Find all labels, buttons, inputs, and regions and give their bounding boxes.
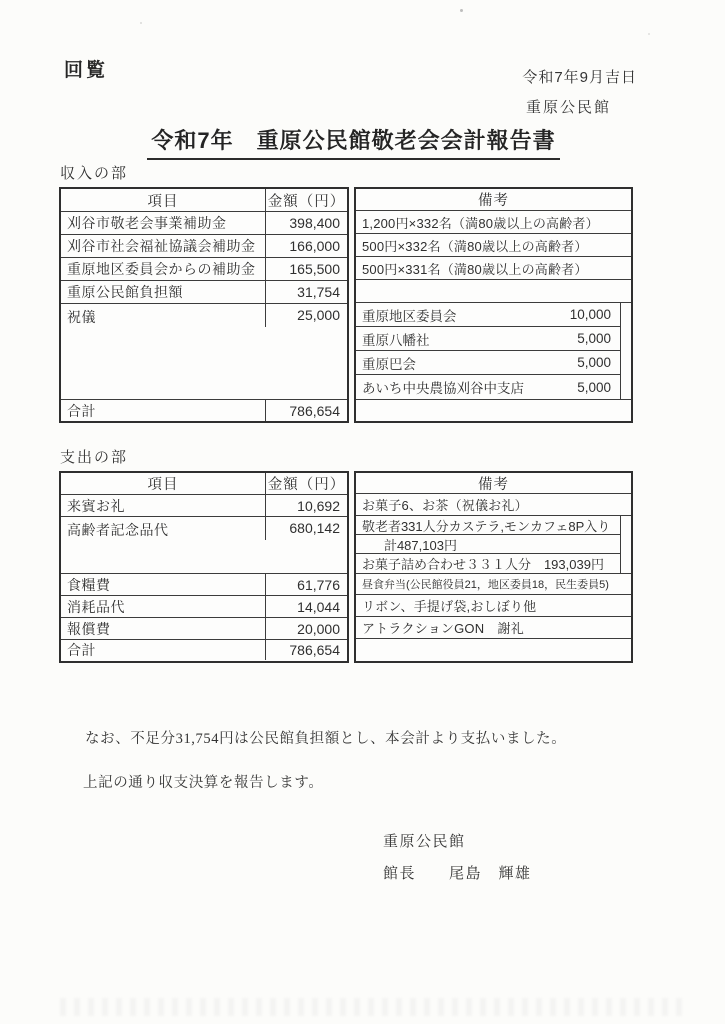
income-header-row: 項目 金額（円）: [61, 189, 347, 211]
gift-amount: 5,000: [577, 331, 611, 346]
table-row: 刈谷市敬老会事業補助金 398,400: [61, 211, 347, 234]
scan-artifact: [140, 22, 142, 24]
amount-cell: 14,044: [266, 596, 347, 617]
table-row: 来賓お礼 10,692: [61, 494, 347, 516]
title-row: 令和7年 重原公民館敬老会会計報告書: [0, 124, 707, 160]
amount-cell: 165,500: [266, 258, 347, 280]
table-row: 重原地区委員会からの補助金 165,500: [61, 257, 347, 280]
gift-donor: あいち中央農協刈谷中支店: [362, 377, 524, 397]
remark-cell: 1,200円×332名（満80歳以上の高齢者）: [356, 211, 631, 234]
remark-cell: 500円×331名（満80歳以上の高齢者）: [356, 257, 631, 280]
document-title: 令和7年 重原公民館敬老会会計報告書: [147, 124, 559, 160]
total-label-cell: 合計: [61, 400, 266, 421]
remark-cell-empty: [356, 639, 631, 661]
amount-cell: 166,000: [266, 235, 347, 257]
memorial-detail-row: お菓子詰め合わせ３３１人分 193,039円: [356, 554, 621, 573]
table-row-memorial: 高齢者記念品代 680,142: [61, 516, 347, 573]
gift-detail-row: あいち中央農協刈谷中支店 5,000: [356, 375, 621, 399]
remark-cell: リボン、手提げ袋,おしぼり他: [356, 595, 631, 617]
gift-detail-row: 重原地区委員会 10,000: [356, 303, 621, 327]
expense-table: 項目 金額（円） 来賓お礼 10,692 高齢者記念品代 680,142 食糧費…: [59, 471, 633, 663]
column-header-amount: 金額（円）: [266, 473, 347, 494]
income-table: 項目 金額（円） 刈谷市敬老会事業補助金 398,400 刈谷市社会福祉協議会補…: [59, 187, 633, 423]
table-row-gift: 祝儀 25,000: [61, 303, 347, 399]
document-header-right: 令和7年9月吉日 重原公民館: [522, 66, 637, 117]
remark-cell: 昼食弁当(公民館役員21，地区委員18，民生委員5): [356, 573, 631, 595]
document-organization: 重原公民館: [522, 96, 637, 117]
expense-remarks-column: 備考 お菓子6、お茶（祝儀お礼） 敬老者331人分カステラ,モンカフェ8P入り …: [354, 471, 633, 663]
deficit-note: なお、不足分31,754円は公民館負担額とし、本会計より支払いました。: [85, 727, 566, 748]
amount-cell: 61,776: [266, 574, 347, 595]
column-header-item: 項目: [61, 473, 266, 494]
income-remarks-column: 備考 1,200円×332名（満80歳以上の高齢者） 500円×332名（満80…: [354, 187, 633, 423]
gift-detail-row: 重原巴会 5,000: [356, 351, 621, 375]
table-row: 報償費 20,000: [61, 617, 347, 639]
closing-note: 上記の通り収支決算を報告します。: [83, 771, 323, 792]
table-row: 食糧費 61,776: [61, 573, 347, 595]
item-cell: 重原公民館負担額: [61, 281, 266, 303]
amount-cell: 25,000: [266, 304, 347, 323]
amount-cell: 20,000: [266, 618, 347, 639]
item-cell: 祝儀: [61, 304, 266, 327]
memorial-detail-row: 敬老者331人分カステラ,モンカフェ8P入り: [356, 516, 621, 535]
remark-cell: 500円×332名（満80歳以上の高齢者）: [356, 234, 631, 257]
scan-artifact: [648, 33, 650, 35]
amount-cell: 31,754: [266, 281, 347, 303]
income-total-row: 合計 786,654: [61, 399, 347, 421]
remark-cell-empty: [356, 399, 631, 421]
gift-detail-row: 重原八幡社 5,000: [356, 327, 621, 351]
memorial-detail-row: 計487,103円: [356, 535, 621, 554]
table-row: 消耗品代 14,044: [61, 595, 347, 617]
total-amount-cell: 786,654: [266, 400, 347, 421]
column-header-remarks: 備考: [356, 189, 631, 211]
expense-header-row: 項目 金額（円）: [61, 473, 347, 494]
column-header-amount: 金額（円）: [266, 189, 347, 211]
remark-cell: お菓子6、お茶（祝儀お礼）: [356, 494, 631, 516]
total-amount-cell: 786,654: [266, 640, 347, 660]
gift-donor: 重原巴会: [362, 353, 416, 373]
expense-section-label: 支出の部: [60, 446, 128, 467]
item-cell: 消耗品代: [61, 596, 266, 617]
column-header-remarks: 備考: [356, 473, 631, 494]
remark-cell: アトラクションGON 謝礼: [356, 617, 631, 639]
document-date: 令和7年9月吉日: [522, 66, 637, 87]
income-section-label: 収入の部: [60, 162, 128, 183]
amount-cell: 10,692: [266, 495, 347, 516]
item-cell: 刈谷市敬老会事業補助金: [61, 212, 266, 234]
item-cell: 刈谷市社会福祉協議会補助金: [61, 235, 266, 257]
expense-total-row: 合計 786,654: [61, 639, 347, 660]
signature-director-name: 館長 尾島 輝雄: [383, 862, 532, 883]
remark-cell-empty: [356, 280, 631, 303]
amount-cell: 680,142: [266, 517, 347, 536]
scan-artifact: [460, 9, 463, 12]
table-row: 重原公民館負担額 31,754: [61, 280, 347, 303]
circulation-stamp: 回覧: [64, 55, 108, 82]
table-row: 刈谷市社会福祉協議会補助金 166,000: [61, 234, 347, 257]
scanned-document: 回覧 令和7年9月吉日 重原公民館 令和7年 重原公民館敬老会会計報告書 収入の…: [0, 0, 725, 1024]
signature-organization: 重原公民館: [383, 830, 466, 851]
item-cell: 食糧費: [61, 574, 266, 595]
gift-amount: 5,000: [577, 380, 611, 395]
expense-table-left-block: 項目 金額（円） 来賓お礼 10,692 高齢者記念品代 680,142 食糧費…: [59, 471, 349, 663]
income-table-left-block: 項目 金額（円） 刈谷市敬老会事業補助金 398,400 刈谷市社会福祉協議会補…: [59, 187, 349, 423]
column-header-item: 項目: [61, 189, 266, 211]
item-cell: 来賓お礼: [61, 495, 266, 516]
total-label-cell: 合計: [61, 640, 266, 660]
amount-cell: 398,400: [266, 212, 347, 234]
scan-artifact: [60, 998, 685, 1016]
item-cell: 高齢者記念品代: [61, 517, 266, 540]
gift-amount: 10,000: [570, 307, 611, 322]
item-cell: 報償費: [61, 618, 266, 639]
gift-donor: 重原八幡社: [362, 329, 430, 349]
item-cell: 重原地区委員会からの補助金: [61, 258, 266, 280]
gift-donor: 重原地区委員会: [362, 305, 457, 325]
gift-amount: 5,000: [577, 355, 611, 370]
